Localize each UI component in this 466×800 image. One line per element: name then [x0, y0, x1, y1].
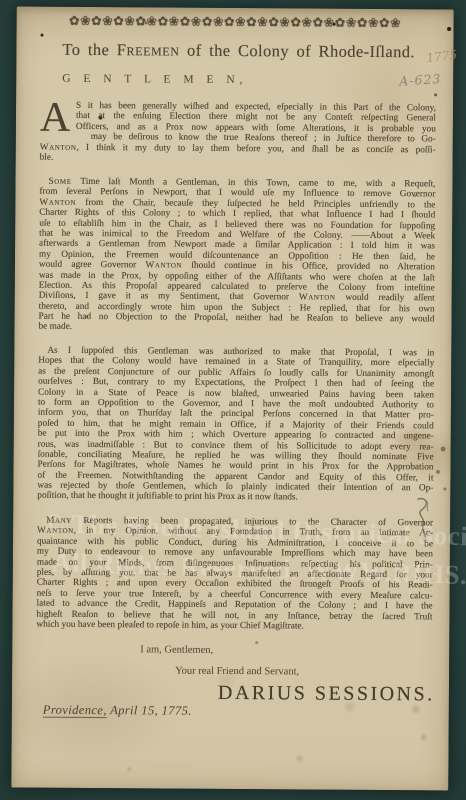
- dateline-date: April 15, 1775.: [107, 703, 192, 718]
- dateline: Providence, April 15, 1775.: [43, 703, 192, 719]
- handwritten-year: 1775: [426, 48, 458, 65]
- paragraph: Many Reports having been propagated, inj…: [36, 516, 433, 633]
- salutation: G E N T L E M E N,: [62, 73, 247, 86]
- foxing-specks: [17, 6, 20, 9]
- ornamental-border: ✿❀✿❀✿❀✿❀✿❀✿❀✿❀✿❀✿❀✿❀✿❀✿❀✿❀✿❀✿❀: [29, 13, 442, 33]
- paragraph: As I ſuppoſed this Gentleman was authori…: [37, 346, 434, 505]
- drop-cap: A: [40, 102, 73, 133]
- text-line: be made.: [38, 322, 434, 335]
- closing-line: I am, Gentlemen,: [140, 644, 213, 656]
- dateline-place: Providence,: [43, 703, 107, 718]
- catalog-number-annotation: A-623: [399, 71, 442, 89]
- closing-line: Your real Friend and Servant,: [175, 666, 299, 678]
- text-line: poſition, that he thought it juſtifiable…: [37, 491, 433, 504]
- screenshot-root: ✿❀✿❀✿❀✿❀✿❀✿❀✿❀✿❀✿❀✿❀✿❀✿❀✿❀✿❀✿❀ To the Fr…: [0, 0, 466, 800]
- paragraph: AS it has been generally wiſhed and expe…: [40, 101, 436, 166]
- ink-squiggle: [409, 495, 437, 541]
- signature: DARIUS SESSIONS.: [218, 682, 435, 707]
- paragraph: Some Time laſt Month a Gentleman, in thi…: [38, 177, 435, 336]
- broadside-paper: ✿❀✿❀✿❀✿❀✿❀✿❀✿❀✿❀✿❀✿❀✿❀✿❀✿❀✿❀✿❀ To the Fr…: [11, 6, 453, 790]
- document-title: To the Freemen of the Colony of Rhode-Iſ…: [62, 40, 442, 63]
